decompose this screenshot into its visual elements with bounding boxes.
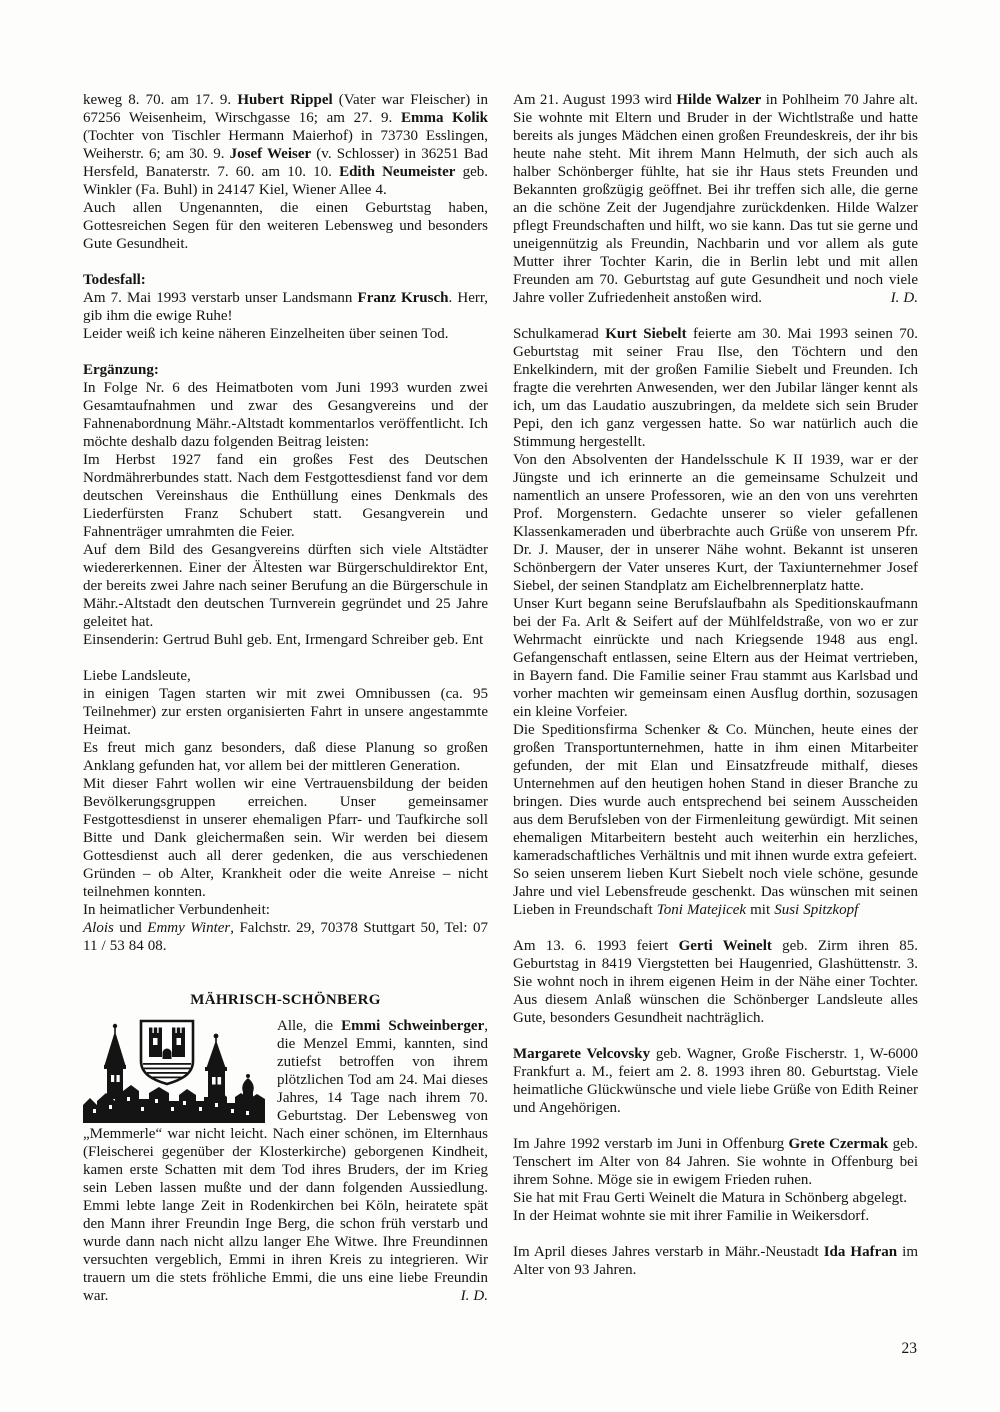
paragraph: In heimatlicher Verbundenheit:	[83, 901, 488, 919]
italic-name: Toni Matejicek	[657, 902, 746, 918]
italic-name: Susi Spitzkopf	[774, 902, 858, 918]
italic-name: Emmy Winter	[147, 920, 230, 936]
text-run: Schulkamerad	[513, 326, 605, 342]
paragraph: Es freut mich ganz besonders, daß diese …	[83, 739, 488, 775]
text-run: Alle, die	[277, 1018, 341, 1034]
text-run: Unser Kurt begann seine Berufslaufbahn a…	[513, 596, 918, 720]
paragraph: Am 7. Mai 1993 verstarb unser Landsmann …	[83, 289, 488, 325]
newsletter-page: keweg 8. 70. am 17. 9. Hubert Rippel (Va…	[0, 0, 1000, 1412]
paragraph: Im April dieses Jahres verstarb in Mähr.…	[513, 1243, 918, 1279]
paragraph: Auch allen Ungenannten, die einen Geburt…	[83, 199, 488, 253]
town-section-heading: MÄHRISCH-SCHÖNBERG	[83, 991, 488, 1009]
paragraph: Auf dem Bild des Gesangvereins dürften s…	[83, 541, 488, 631]
text-run: Es freut mich ganz besonders, daß diese …	[83, 740, 488, 774]
text-run: In heimatlicher Verbundenheit:	[83, 902, 270, 918]
paragraph: Im Jahre 1992 verstarb im Juni in Offenb…	[513, 1135, 918, 1189]
person-name: Emma Kolik	[401, 110, 488, 126]
paragraph: Einsenderin: Gertrud Buhl geb. Ent, Irme…	[83, 631, 488, 649]
italic-name: Alois	[83, 920, 114, 936]
text-run: in einigen Tagen starten wir mit zwei Om…	[83, 686, 488, 738]
text-run: Von den Absolventen der Handelsschule K …	[513, 452, 918, 594]
paragraph: Unser Kurt begann seine Berufslaufbahn a…	[513, 595, 918, 721]
paragraph: Am 21. August 1993 wird Hilde Walzer in …	[513, 91, 918, 307]
text-run: Am 7. Mai 1993 verstarb unser Landsmann	[83, 290, 358, 306]
vertical-gap	[513, 1027, 918, 1045]
paragraph: Alois und Emmy Winter, Falchstr. 29, 703…	[83, 919, 488, 955]
person-name: Edith Neumeister	[339, 164, 455, 180]
left-column: keweg 8. 70. am 17. 9. Hubert Rippel (Va…	[83, 91, 488, 1305]
vertical-gap	[513, 1225, 918, 1243]
text-run: In der Heimat wohnte sie mit ihrer Famil…	[513, 1208, 869, 1224]
paragraph: Margarete Velcovsky geb. Wagner, Große F…	[513, 1045, 918, 1117]
vertical-gap	[513, 919, 918, 937]
vertical-gap	[83, 955, 488, 991]
paragraph: In der Heimat wohnte sie mit ihrer Famil…	[513, 1207, 918, 1225]
text-run: Am 21. August 1993 wird	[513, 92, 676, 108]
person-name: Grete Czermak	[788, 1136, 888, 1152]
paragraph: Liebe Landsleute,	[83, 667, 488, 685]
town-silhouette-with-coat-of-arms	[83, 1019, 265, 1123]
text-run: In Folge Nr. 6 des Heimatboten vom Juni …	[83, 380, 488, 450]
paragraph: Von den Absolventen der Handelsschule K …	[513, 451, 918, 595]
paragraph: In Folge Nr. 6 des Heimatboten vom Juni …	[83, 379, 488, 451]
text-run: Sie hat mit Frau Gerti Weinelt die Matur…	[513, 1190, 907, 1206]
vertical-gap	[83, 253, 488, 271]
text-run: Die Speditionsfirma Schenker & Co. Münch…	[513, 722, 918, 864]
person-name: Hilde Walzer	[676, 92, 761, 108]
paragraph: Im Herbst 1927 fand ein großes Fest des …	[83, 451, 488, 541]
paragraph: Die Speditionsfirma Schenker & Co. Münch…	[513, 721, 918, 865]
person-name: Franz Krusch	[358, 290, 449, 306]
paragraph: keweg 8. 70. am 17. 9. Hubert Rippel (Va…	[83, 91, 488, 199]
paragraph: Schulkamerad Kurt Siebelt feierte am 30.…	[513, 325, 918, 451]
page-number: 23	[513, 1340, 917, 1358]
paragraph: Leider weiß ich keine näheren Einzelheit…	[83, 325, 488, 343]
person-name: Ida Hafran	[824, 1244, 897, 1260]
text-run: Im Jahre 1992 verstarb im Juni in Offenb…	[513, 1136, 788, 1152]
signature-initials: I. D.	[891, 289, 918, 307]
text-run: Leider weiß ich keine näheren Einzelheit…	[83, 326, 449, 342]
vertical-gap	[83, 649, 488, 667]
text-run: Auf dem Bild des Gesangvereins dürften s…	[83, 542, 488, 630]
right-column: Am 21. August 1993 wird Hilde Walzer in …	[513, 91, 918, 1279]
text-run: Am 13. 6. 1993 feiert	[513, 938, 679, 954]
text-run: Im April dieses Jahres verstarb in Mähr.…	[513, 1244, 824, 1260]
text-run: feierte am 30. Mai 1993 seinen 70. Gebur…	[513, 326, 918, 450]
person-name: Kurt Siebelt	[605, 326, 686, 342]
person-name: Emmi Schweinberger	[341, 1018, 484, 1034]
vertical-gap	[513, 307, 918, 325]
signature-initials: I. D.	[461, 1287, 488, 1305]
text-run: Im Herbst 1927 fand ein großes Fest des …	[83, 452, 488, 540]
text-run: keweg 8. 70. am 17. 9.	[83, 92, 237, 108]
person-name: Josef Weiser	[230, 146, 312, 162]
vertical-gap	[513, 1117, 918, 1135]
paragraph: Sie hat mit Frau Gerti Weinelt die Matur…	[513, 1189, 918, 1207]
text-run: und	[114, 920, 147, 936]
text-run: mit	[746, 902, 774, 918]
paragraph: in einigen Tagen starten wir mit zwei Om…	[83, 685, 488, 739]
section-heading: Ergänzung:	[83, 361, 488, 379]
text-run: Auch allen Ungenannten, die einen Geburt…	[83, 200, 488, 252]
person-name: Gerti Weinelt	[679, 938, 772, 954]
person-name: Hubert Rippel	[237, 92, 332, 108]
paragraph: So seien unserem lieben Kurt Siebelt noc…	[513, 865, 918, 919]
text-run: in Pohlheim 70 Jahre alt. Sie wohnte mit…	[513, 92, 918, 306]
paragraph: Alle, die Emmi Schweinberger, die Menzel…	[83, 1017, 488, 1305]
text-run: Mit dieser Fahrt wollen wir eine Vertrau…	[83, 776, 488, 900]
section-heading: Todesfall:	[83, 271, 488, 289]
text-run: Liebe Landsleute,	[83, 668, 191, 684]
person-name: Margarete Velcovsky	[513, 1046, 650, 1062]
vertical-gap	[83, 343, 488, 361]
paragraph: Mit dieser Fahrt wollen wir eine Vertrau…	[83, 775, 488, 901]
paragraph: Am 13. 6. 1993 feiert Gerti Weinelt geb.…	[513, 937, 918, 1027]
text-run: Einsenderin: Gertrud Buhl geb. Ent, Irme…	[83, 632, 483, 648]
